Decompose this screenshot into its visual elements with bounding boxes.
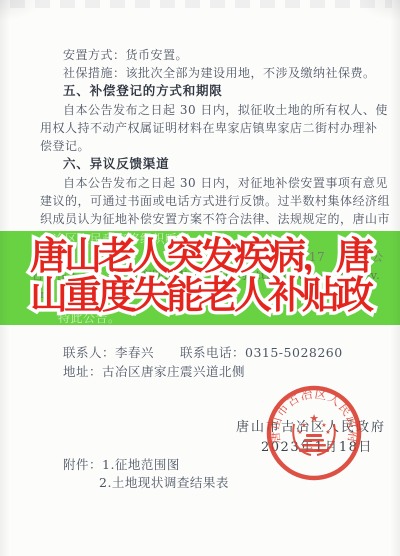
doc-heading-section5: 五、补偿登记的方式和期限 [63,84,223,98]
document-photo: 安置方式：货币安置。 社保措施：该批次全部为建设用地，不涉及缴纳社保费。 五、补… [0,0,400,556]
svg-text:★: ★ [321,422,326,429]
doc-line-feedback-3: 织成员认为征地补偿安置方案不符合法律、法规规定的，唐山市 [40,212,390,226]
doc-line-registration-2: 用权人持不动产权属证明材料在卑家店镇卑家店二街村办理补 [40,121,378,135]
official-seal: 唐山市古冶区人民政府 ★ ★ ★ ★ ★ [263,382,365,486]
svg-text:★: ★ [309,412,319,425]
svg-text:★: ★ [301,422,306,429]
contact-line: 联系人：李春兴 联系电话：0315-5028260 [63,346,343,360]
overlay-banner: 古冶区人民政府将组织听证。 月 17 公 告可在古冶区人民政府网站查询，网址为h… [0,231,400,325]
address-line: 地址：古冶区唐家庄震兴道北侧 [63,365,245,379]
doc-heading-section6: 六、异议反馈渠道 [63,157,169,171]
attachment-line-2: 2.土地现状调查结果表 [99,476,229,490]
doc-line-feedback-2: 建议的，可通过书面或电话方式进行反馈。过半数村集体经济组 [40,194,390,208]
national-emblem-icon: ★ ★ ★ ★ ★ [293,412,335,455]
attachment-line-1: 附件：1.征地范围图 [63,458,180,472]
doc-line-registration-3: 偿登记。 [40,139,90,153]
svg-text:★: ★ [297,429,302,436]
svg-text:★: ★ [325,429,330,436]
overlay-title-line-2: 山重度失能老人补贴政 [0,276,400,315]
doc-line-social-security: 社保措施：该批次全部为建设用地，不涉及缴纳社保费。 [63,66,376,80]
cropped-text-row [10,0,392,8]
overlay-title-line-1: 唐山老人突发疾病，唐 [0,237,400,276]
doc-line-feedback-1: 自本公告发布之日起 30 日内，对征地补偿安置事项有意见 [63,176,388,190]
doc-line-registration-1: 自本公告发布之日起 30 日内，拟征收土地的所有权人、使 [63,103,388,117]
doc-line-placement-method: 安置方式：货币安置。 [63,48,188,62]
